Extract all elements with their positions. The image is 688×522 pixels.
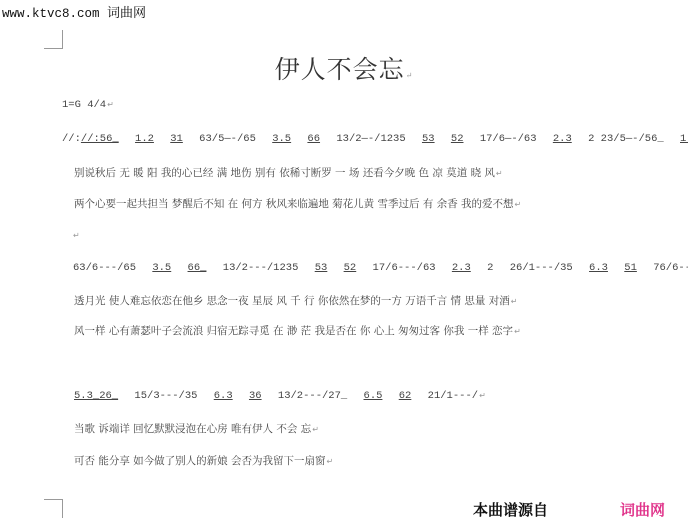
note-group: 63/5—-/65 [199, 133, 256, 145]
lyric-line: 别说秋后 无 暖 阳 我的心已经 满 地伤 别有 依稀寸断罗 一 场 还看今夕晚… [74, 165, 503, 180]
footer-brand-logo: 词曲网 [620, 499, 665, 520]
lyric-line: 风一样 心有萧瑟叶子会流浪 归宿无踪寻觅 在 渺 茫 我是否在 你 心上 匆匆过… [74, 323, 521, 338]
footer-source-label: 本曲谱源自 [473, 499, 548, 520]
note-group: 31 [170, 133, 183, 145]
note-group: 66 [307, 133, 320, 145]
note-group: 2 [487, 262, 493, 274]
note-group: 51 [624, 262, 637, 274]
empty-paragraph: ↵ [72, 229, 80, 241]
watermark-url: www.ktvc8.com [2, 7, 100, 21]
key-signature: 1=G 4/4↵ [62, 99, 114, 111]
notation-line-3: 5.3_26_ 15/3---/35 6.3 36 13/2---/27_ 6.… [74, 390, 486, 402]
page-corner-marker-bottom [44, 499, 63, 518]
note-group: 62 [399, 390, 412, 402]
note-group: //://:56_ [62, 133, 119, 145]
note-group: 6.5 [364, 390, 383, 402]
notation-line-2: 63/6---/65 3.5 66_ 13/2---/1235 53 52 17… [73, 262, 688, 274]
note-group: 66_ [188, 262, 207, 274]
lyric-line: 可否 能分享 如今做了别人的新娘 会否为我留下一扇窗↵ [74, 453, 333, 468]
note-group: 13/2---/27_ [278, 390, 347, 402]
note-group: 13/2---/1235 [223, 262, 299, 274]
note-group: 5.3_26_ [74, 390, 118, 402]
note-group: 15/3---/35 [134, 390, 197, 402]
note-group: 13/2—-/1235 [336, 133, 405, 145]
note-group: 76/6---/36_ [653, 262, 688, 274]
note-group: 2.3 [553, 133, 572, 145]
note-group: 53 [315, 262, 328, 274]
note-group: 2 23/5—-/56_ [588, 133, 664, 145]
note-group: 53 [422, 133, 435, 145]
lyric-line: 当歌 诉端详 回忆默默浸泡在心房 唯有伊人 不会 忘↵ [74, 421, 319, 436]
note-group: 1.2 [135, 133, 154, 145]
page-corner-marker-top [44, 30, 63, 49]
lyric-line: 两个心要一起共担当 梦醒后不知 在 何方 秋风来临遍地 菊花儿黄 雪季过后 有 … [74, 196, 521, 211]
notation-line-1: //://:56_ 1.2 31 63/5—-/65 3.5 66 13/2—-… [62, 133, 688, 145]
note-group: 17/6—-/63 [480, 133, 537, 145]
note-group: 3.5 [152, 262, 171, 274]
watermark-site-name: 词曲网 [107, 6, 146, 21]
note-group: 21/1---/ [428, 390, 478, 402]
note-group: 1.2 [680, 133, 688, 145]
lyric-line: 透月光 使人难忘依恋在他乡 思念一夜 星辰 风 千 行 你依然在梦的一方 万语千… [74, 293, 517, 308]
note-group: 6.3 [589, 262, 608, 274]
note-group: 36 [249, 390, 262, 402]
note-group: 26/1---/35 [510, 262, 573, 274]
song-title: 伊人不会忘↵ [0, 50, 688, 86]
note-group: 2.3 [452, 262, 471, 274]
note-group: 52 [451, 133, 464, 145]
note-group: 6.3 [214, 390, 233, 402]
note-group: 52 [344, 262, 357, 274]
note-group: 63/6---/65 [73, 262, 136, 274]
watermark-header: www.ktvc8.com 词曲网 [2, 2, 146, 21]
note-group: 3.5 [272, 133, 291, 145]
note-group: 17/6---/63 [373, 262, 436, 274]
